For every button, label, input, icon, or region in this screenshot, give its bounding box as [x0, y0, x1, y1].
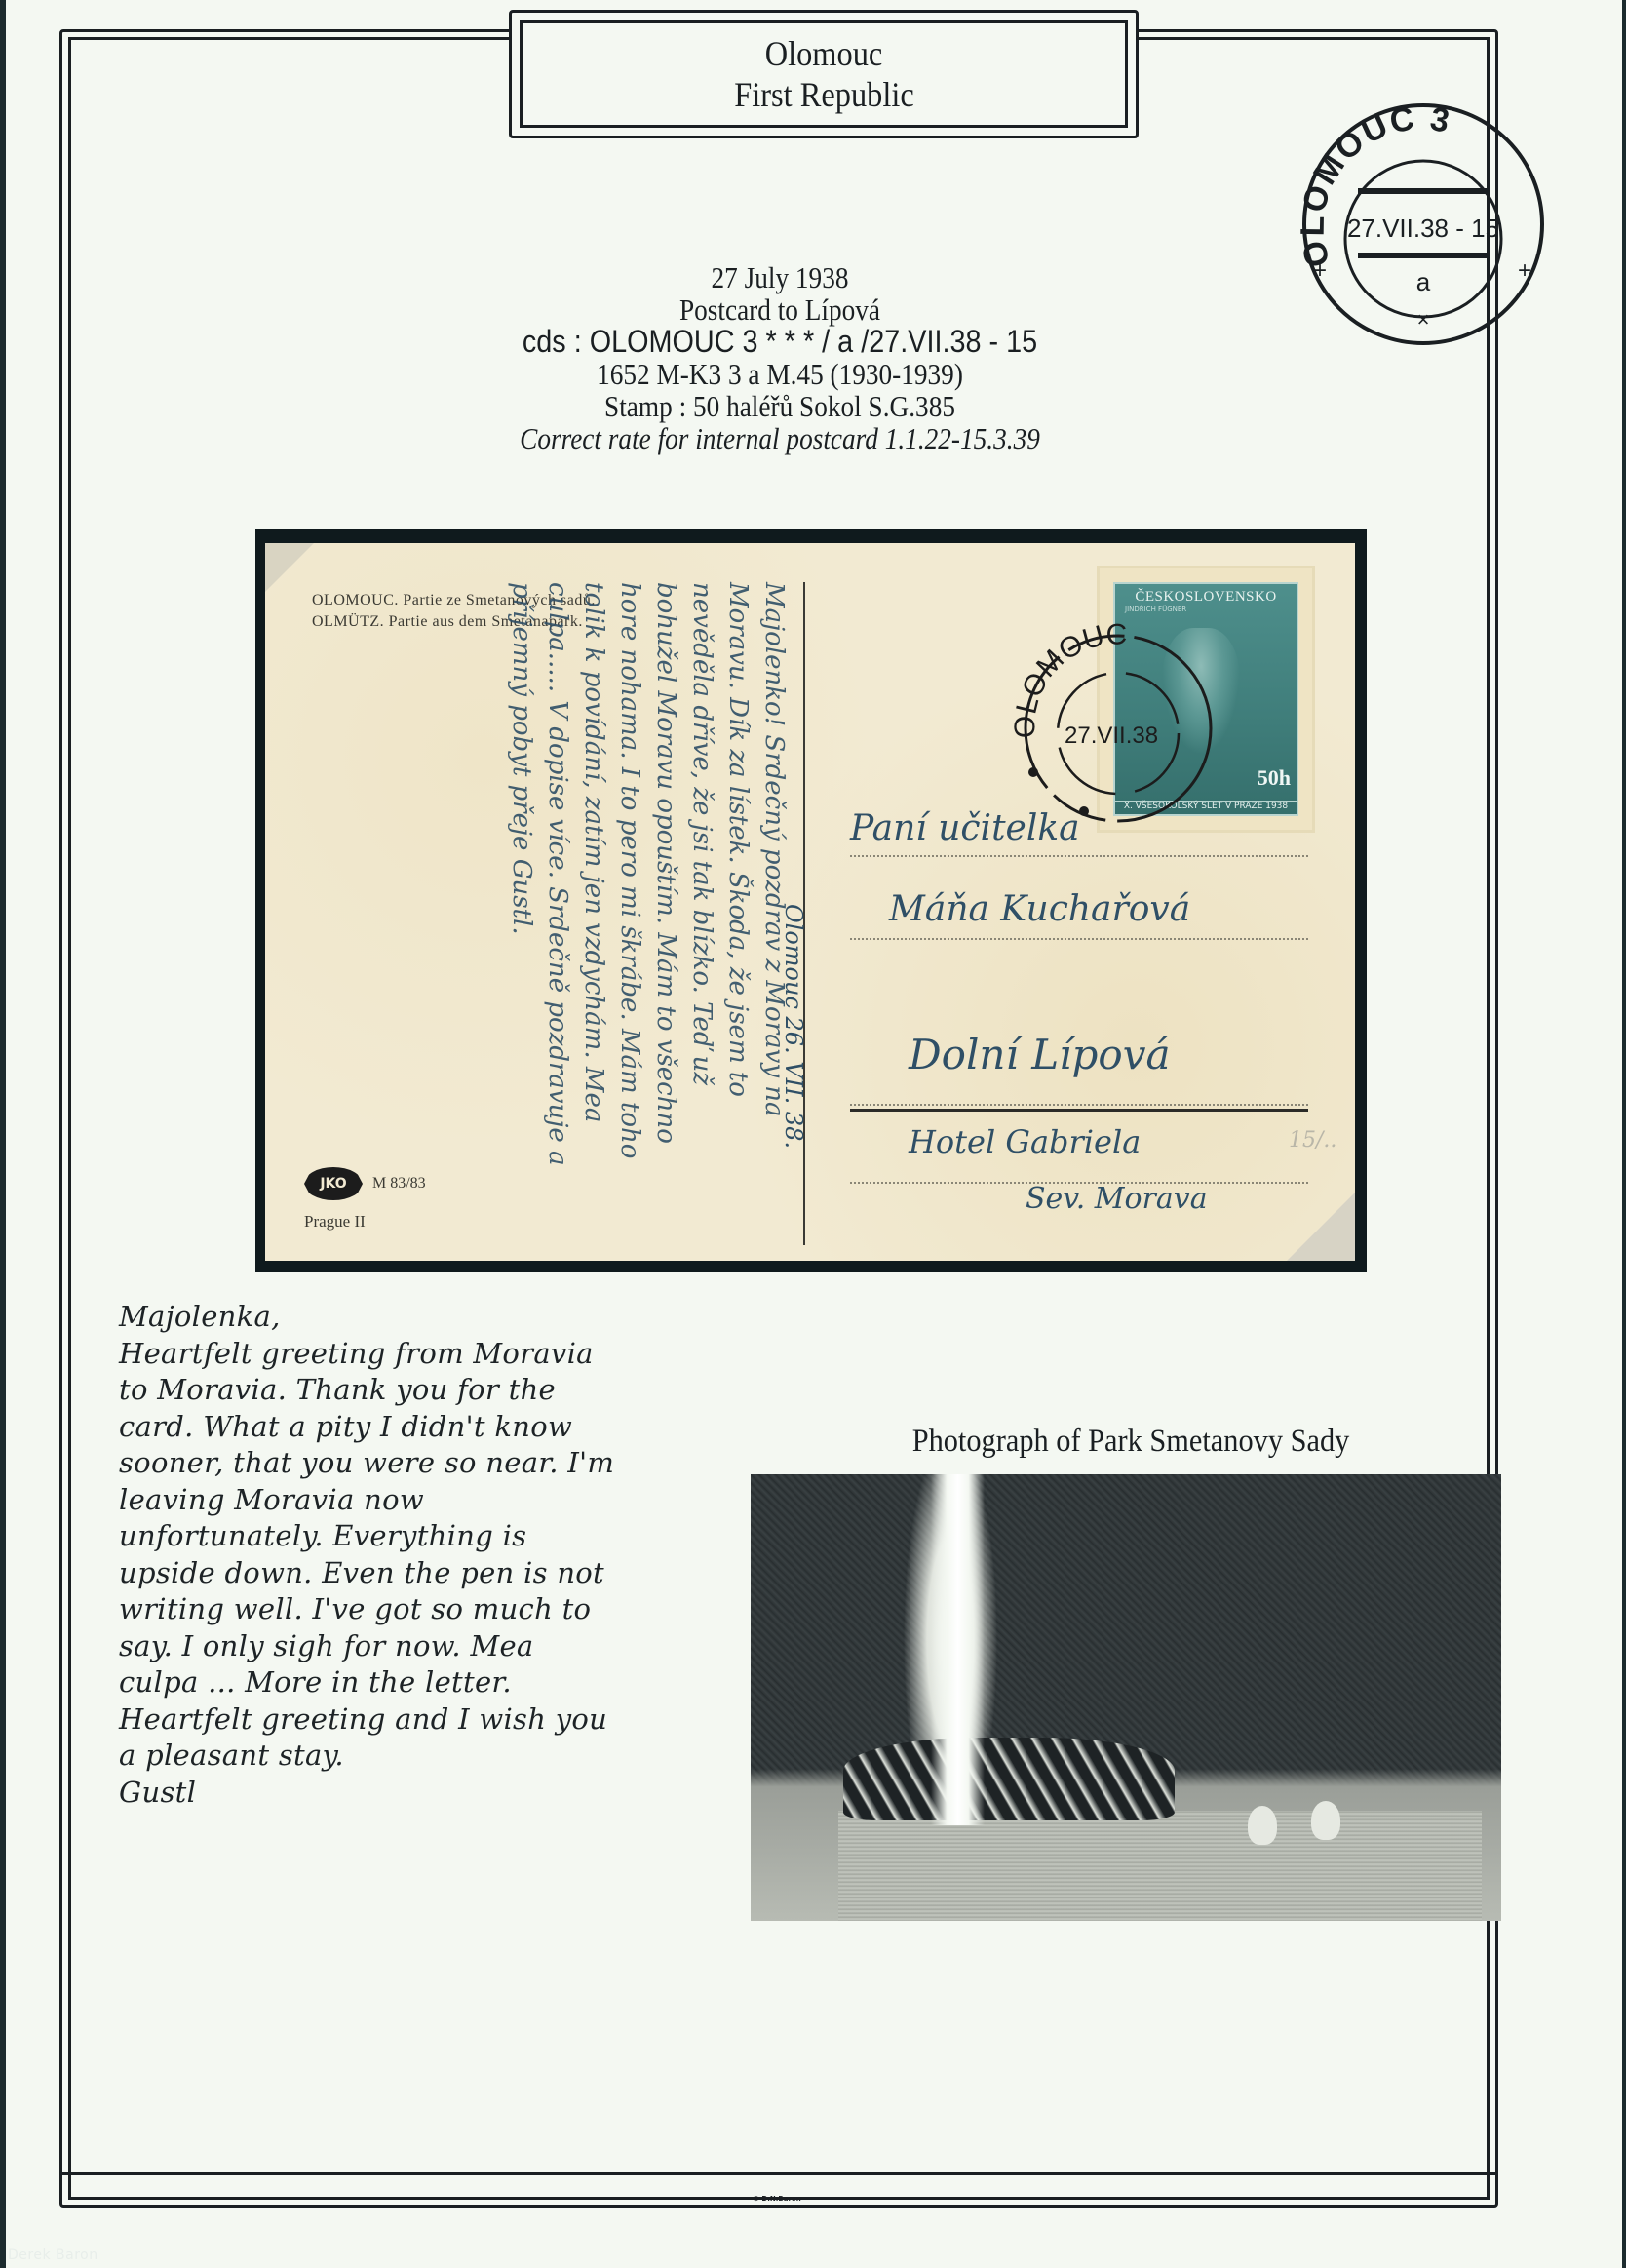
address-dotline-2 — [850, 938, 1308, 940]
photo-title: Photograph of Park Smetanovy Sady — [772, 1424, 1490, 1460]
address-dotline-1 — [850, 855, 1308, 857]
copyright: © D.N.Baron — [753, 2195, 801, 2203]
description-block: 27 July 1938 Postcard to Lípová cds : OL… — [292, 261, 1267, 454]
publisher-code: M 83/83 — [372, 1175, 426, 1193]
cds-town: OLOMOUC 3 — [1295, 99, 1454, 270]
desc-catalogue: 1652 M-K3 3 a M.45 (1930-1939) — [351, 358, 1209, 390]
stamp-country: ČESKOSLOVENSKO — [1115, 584, 1297, 606]
desc-date: 27 July 1938 — [351, 261, 1209, 293]
address-line-1: Paní učitelka — [850, 808, 1080, 848]
park-photograph — [751, 1474, 1501, 1921]
svg-text:OLOMOUC: OLOMOUC — [1009, 618, 1127, 738]
cds-letter: a — [1416, 267, 1431, 296]
cds-ornament-bottom: × — [1417, 307, 1430, 332]
photo-rocks — [843, 1738, 1175, 1820]
postmark-date: 27.VII.38 — [1065, 723, 1158, 749]
postcard: OLOMOUC. Partie ze Smetanových sadů. OLM… — [265, 543, 1355, 1261]
pencil-note: 15/.. — [1289, 1128, 1336, 1153]
desc-rate: Correct rate for internal postcard 1.1.2… — [351, 422, 1209, 454]
address-line-3: Dolní Lípová — [909, 1031, 1171, 1078]
photo-pond — [838, 1811, 1482, 1921]
cds-ornament-right: + — [1518, 257, 1531, 284]
photo-corner-bottom-right — [1287, 1193, 1355, 1261]
desc-stamp: Stamp : 50 haléřů Sokol S.G.385 — [351, 390, 1209, 422]
postcard-mount: OLOMOUC. Partie ze Smetanových sadů. OLM… — [255, 529, 1367, 1272]
desc-destination: Postcard to Lípová — [351, 293, 1209, 326]
address-underline — [850, 1109, 1308, 1112]
postmark: OLOMOUC 27.VII.38 — [1006, 611, 1230, 836]
svg-text:OLOMOUC 3: OLOMOUC 3 — [1295, 99, 1454, 270]
publisher-city: Prague II — [304, 1212, 366, 1232]
postmark-town: OLOMOUC — [1009, 618, 1127, 738]
address-dotline-3 — [850, 1104, 1308, 1106]
page-title: Olomouc — [765, 33, 883, 74]
cds-ornament-left: + — [1313, 257, 1327, 284]
cds-date: 27.VII.38 - 15 — [1347, 214, 1499, 243]
address-line-5: Sev. Morava — [1026, 1182, 1208, 1216]
handwritten-dateline: Olomouc 26. VII. 38. — [780, 904, 807, 1149]
photo-fountain-jet — [931, 1474, 985, 1825]
publisher-imprint: JKO M 83/83 — [304, 1167, 426, 1200]
swan-icon — [1248, 1806, 1277, 1845]
address-line-4: Hotel Gabriela — [909, 1123, 1141, 1160]
translation-text: Majolenka, Heartfelt greeting from Morav… — [119, 1299, 743, 1811]
scan-edge-left — [0, 0, 6, 2268]
watermark: Derek Baron — [8, 2248, 98, 2263]
stamp-value: 50h — [1258, 765, 1291, 791]
photo-corner-top-left — [265, 543, 314, 592]
scan-edge-right — [1622, 0, 1626, 2268]
publisher-logo-icon: JKO — [304, 1167, 363, 1200]
address-line-2: Máňa Kuchařová — [889, 889, 1190, 929]
cds-diagram: OLOMOUC 3 27.VII.38 - 15 a + + × — [1292, 93, 1555, 356]
handwritten-message: Majolenko! Srdečný pozdrav z Moravy na M… — [324, 582, 792, 1187]
page-subtitle: First Republic — [734, 74, 914, 115]
footer-rule — [59, 2172, 1498, 2175]
title-box: Olomouc First Republic — [509, 10, 1139, 138]
desc-cds: cds : OLOMOUC 3 * * * / a /27.VII.38 - 1… — [341, 326, 1219, 358]
swan-icon — [1311, 1801, 1340, 1840]
